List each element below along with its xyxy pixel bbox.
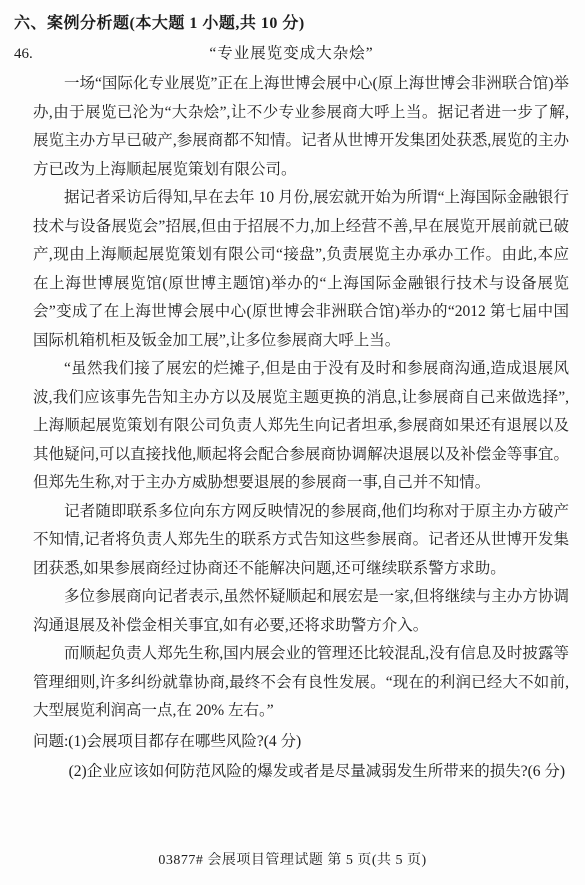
case-title-row: 46. “专业展览变成大杂烩”	[14, 40, 569, 68]
question-number: 46.	[14, 40, 33, 68]
case-paragraph-4: 记者随即联系多位向东方网反映情况的参展商,他们均称对于原主办方破产不知情,记者将…	[33, 498, 569, 584]
question-line-1: 问题:(1)会展项目都存在哪些风险?(4 分)	[33, 727, 569, 757]
question-line-2: (2)企业应该如何防范风险的爆发或者是尽量减弱发生所带来的损失?(6 分)	[33, 757, 569, 787]
page-footer: 03877# 会展项目管理试题 第 5 页(共 5 页)	[0, 849, 585, 869]
exam-page: 六、案例分析题(本大题 1 小题,共 10 分) 46. “专业展览变成大杂烩”…	[0, 0, 585, 885]
case-paragraph-2: 据记者采访后得知,早在去年 10 月份,展宏就开始为所谓“上海国际金融银行技术与…	[33, 184, 569, 355]
section-heading: 六、案例分析题(本大题 1 小题,共 10 分)	[14, 12, 569, 36]
case-paragraph-1: 一场“国际化专业展览”正在上海世博会展中心(原上海世博会非洲联合馆)举办,由于展…	[33, 70, 569, 184]
case-body: 一场“国际化专业展览”正在上海世博会展中心(原上海世博会非洲联合馆)举办,由于展…	[14, 70, 569, 726]
case-paragraph-3: “虽然我们接了展宏的烂摊子,但是由于没有及时和参展商沟通,造成退展风波,我们应该…	[33, 355, 569, 498]
case-paragraph-5: 多位参展商向记者表示,虽然怀疑顺起和展宏是一家,但将继续与主办方协调沟通退展及补…	[33, 583, 569, 640]
case-title: “专业展览变成大杂烩”	[14, 40, 569, 68]
question-block: 问题:(1)会展项目都存在哪些风险?(4 分) (2)企业应该如何防范风险的爆发…	[14, 727, 569, 787]
case-paragraph-6: 而顺起负责人郑先生称,国内展会业的管理还比较混乱,没有信息及时披露等管理细则,许…	[33, 640, 569, 726]
